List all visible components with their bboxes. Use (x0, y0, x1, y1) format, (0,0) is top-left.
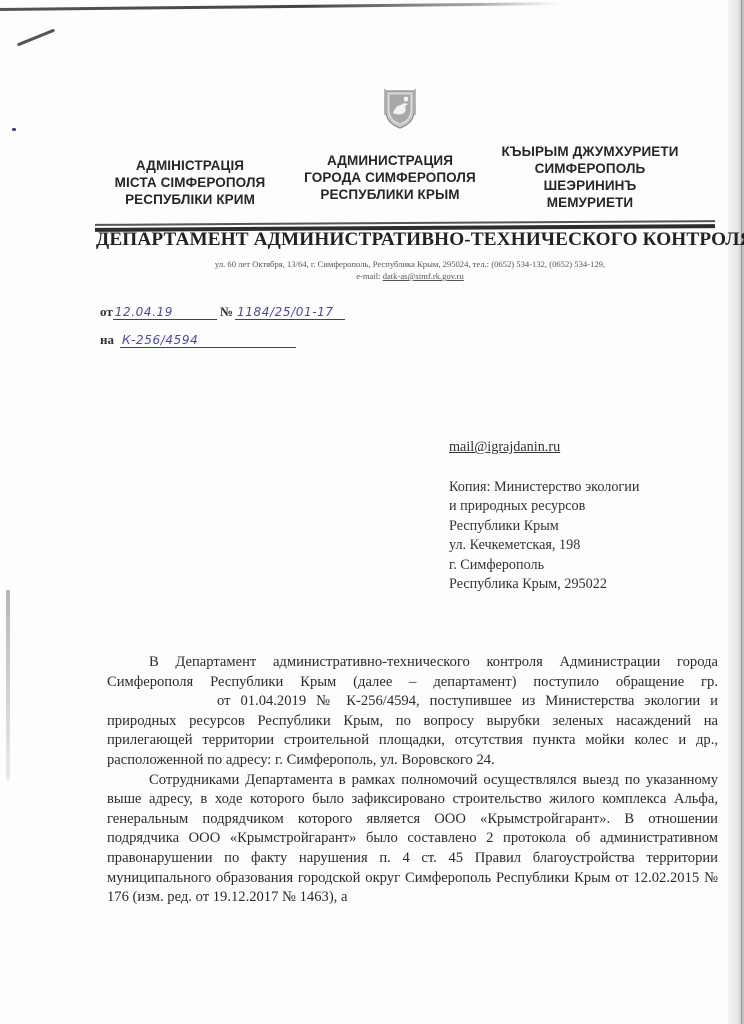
incoming-reference: наК-256/4594 (100, 332, 296, 348)
department-email-link[interactable]: datk-as@simf.rk.gov.ru (383, 271, 464, 281)
outgoing-reference: от12.04.19 №1184/25/01-17 (100, 304, 345, 320)
copy-line: Республики Крым (449, 517, 639, 537)
header-russian: АДМИНИСТРАЦИЯ ГОРОДА СИМФЕРОПОЛЯ РЕСПУБЛ… (290, 152, 490, 203)
ink-dot (12, 128, 16, 131)
header-line: АДМІНІСТРАЦІЯ (100, 157, 280, 174)
header-ukrainian: АДМІНІСТРАЦІЯ МІСТА СІМФЕРОПОЛЯ РЕСПУБЛІ… (100, 157, 280, 208)
header-line: АДМИНИСТРАЦИЯ (290, 152, 490, 169)
scan-edge-line (0, 2, 560, 11)
on-label: на (100, 332, 114, 347)
header-line: ШЕЭРИНИНЪ (490, 177, 690, 194)
copy-line: ул. Кечкеметская, 198 (449, 536, 639, 556)
header-crimean-tatar: КЪЫРЫМ ДЖУМХУРИЕТИ СИМФЕРОПОЛЬ ШЕЭРИНИНЪ… (490, 143, 690, 211)
addressee-block: mail@igrajdanin.ru Копия: Министерство э… (449, 438, 639, 595)
number-label: № (220, 304, 233, 319)
copy-line: Республика Крым, 295022 (449, 575, 639, 595)
copy-line: г. Симферополь (449, 556, 639, 576)
scan-right-edge (728, 0, 744, 1024)
body-paragraph: Сотрудниками Департамента в рамках полно… (107, 771, 718, 908)
header-line: ГОРОДА СИМФЕРОПОЛЯ (290, 169, 490, 186)
from-label: от (100, 304, 113, 319)
department-address: ул. 60 лет Октября, 13/64, г. Симферопол… (150, 258, 670, 282)
letter-body: В Департамент административно-техническо… (107, 653, 718, 908)
handwritten-date: 12.04.19 (113, 305, 217, 320)
handwritten-incoming-number: К-256/4594 (120, 333, 296, 348)
email-label: e-mail: (356, 271, 383, 281)
spacer (449, 458, 639, 478)
paragraph-text: от 01.04.2019 № К-256/4594, поступившее … (107, 693, 718, 768)
header-line: РЕСПУБЛИКИ КРЫМ (290, 186, 490, 203)
email-line: e-mail: datk-as@simf.rk.gov.ru (150, 270, 670, 282)
copy-line: и природных ресурсов (449, 497, 639, 517)
header-line: РЕСПУБЛІКИ КРИМ (100, 191, 280, 208)
recipient-email-link[interactable]: mail@igrajdanin.ru (449, 438, 639, 458)
copy-line: Копия: Министерство экологии (449, 478, 639, 498)
crimea-coat-of-arms-icon (383, 87, 417, 129)
department-title: ДЕПАРТАМЕНТ АДМИНИСТРАТИВНО-ТЕХНИЧЕСКОГО… (96, 229, 716, 251)
header-line: МІСТА СІМФЕРОПОЛЯ (100, 174, 280, 191)
header-line: МЕМУРИЕТИ (490, 194, 690, 211)
pen-mark (17, 29, 55, 47)
header-line: КЪЫРЫМ ДЖУМХУРИЕТИ (490, 143, 690, 160)
body-paragraph: В Департамент административно-техническо… (107, 653, 718, 771)
header-line: СИМФЕРОПОЛЬ (490, 160, 690, 177)
scan-shadow (6, 590, 10, 780)
paragraph-text: В Департамент административно-техническо… (107, 654, 718, 690)
address-line: ул. 60 лет Октября, 13/64, г. Симферопол… (150, 258, 670, 270)
handwritten-number: 1184/25/01-17 (235, 305, 345, 320)
